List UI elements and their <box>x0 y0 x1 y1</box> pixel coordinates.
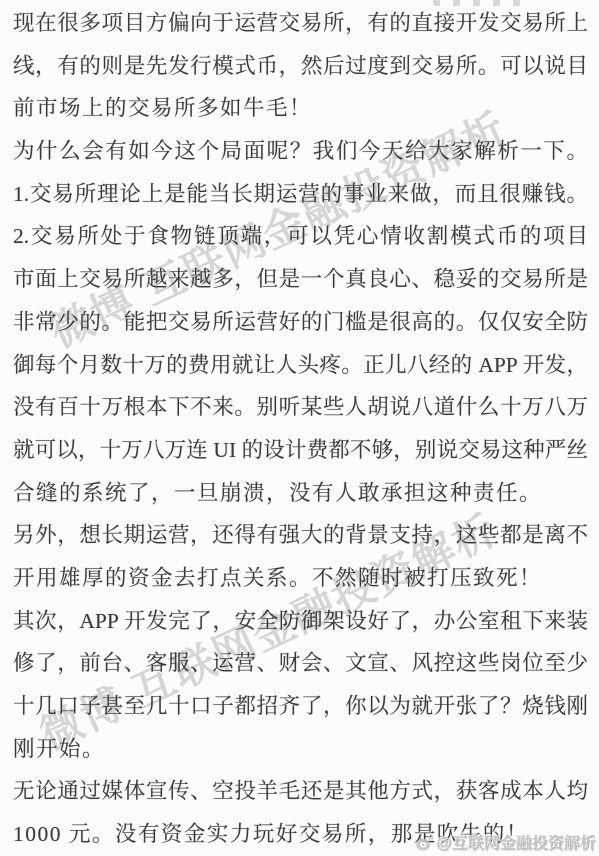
text-line: 修了，前台、客服、运营、财会、文宣、风控这些岗位至少 <box>13 642 588 685</box>
article-lines: 现在很多项目方偏向于运营交易所，有的直接开发交易所上线，有的则是先发行模式币，然… <box>13 2 588 856</box>
text-line: 现在很多项目方偏向于运营交易所，有的直接开发交易所上 <box>13 2 588 45</box>
text-line: 刚开始。 <box>13 728 588 771</box>
text-line: 1000 元。没有资金实力玩好交易所，那是吹牛的！ <box>13 813 588 856</box>
text-line: 就可以，十万八万连 UI 的设计费都不够，别说交易这种严丝 <box>13 429 588 472</box>
text-line: 为什么会有如今这个局面呢？我们今天给大家解析一下。 <box>13 130 588 173</box>
text-line: 另外，想长期运营，还得有强大的背景支持，这些都是离不 <box>13 514 588 557</box>
article-page: 微博 互联网金融投资解析 微博 互联网金融投资解析 现在很多项目方偏向于运营交易… <box>0 0 599 856</box>
text-line: 非常少的。能把交易所运营好的门槛是很高的。仅仅安全防 <box>13 301 588 344</box>
text-line: 线，有的则是先发行模式币，然后过度到交易所。可以说目 <box>13 45 588 88</box>
text-line: 2.交易所处于食物链顶端，可以凭心情收割模式币的项目方！ <box>13 215 588 258</box>
text-line: 御每个月数十万的费用就让人头疼。正儿八经的 APP 开发， <box>13 344 588 387</box>
text-line: 前市场上的交易所多如牛毛！ <box>13 87 588 130</box>
text-line: 十几口子甚至几十口子都招齐了，你以为就开张了？烧钱刚 <box>13 685 588 728</box>
text-line: 没有百十万根本下不来。别听某些人胡说八道什么十万八万 <box>13 386 588 429</box>
text-line: 合缝的系统了，一旦崩溃，没有人敢承担这种责任。 <box>13 472 588 515</box>
text-line: 1.交易所理论上是能当长期运营的事业来做，而且很赚钱。 <box>13 173 588 216</box>
text-line: 开用雄厚的资金去打点关系。不然随时被打压致死！ <box>13 557 588 600</box>
text-line: 市面上交易所越来越多，但是一个真良心、稳妥的交易所是 <box>13 258 588 301</box>
text-line: 其次，APP 开发完了，安全防御架设好了，办公室租下来装 <box>13 600 588 643</box>
text-line: 无论通过媒体宣传、空投羊毛还是其他方式，获客成本人均 <box>13 770 588 813</box>
